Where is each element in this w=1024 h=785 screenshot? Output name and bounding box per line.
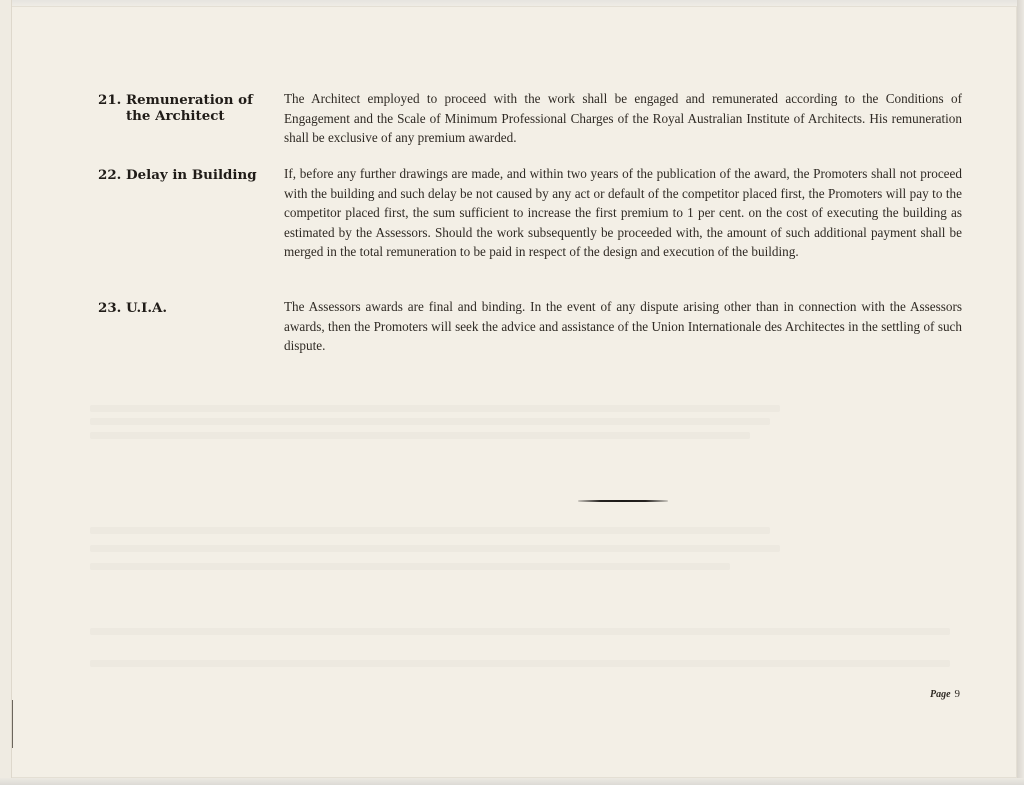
- section-body: If, before any further drawings are made…: [284, 164, 962, 262]
- binding-mark: [12, 700, 13, 748]
- section-heading: 21.Remuneration of the Architect: [98, 92, 268, 124]
- section-number: 23.: [98, 300, 126, 316]
- section-heading: 23.U.I.A.: [98, 300, 268, 316]
- section-number: 22.: [98, 167, 126, 183]
- section-title-continued: the Architect: [98, 108, 268, 124]
- scan-right-edge: [1017, 0, 1024, 785]
- section-body: The Architect employed to proceed with t…: [284, 89, 962, 148]
- page-number: Page9: [930, 688, 960, 700]
- page-label: Page: [930, 689, 951, 700]
- section-heading: 22.Delay in Building: [98, 167, 268, 183]
- page-binding-edge: [0, 0, 12, 785]
- section-number: 21.: [98, 92, 126, 108]
- section-title: Delay in Building: [126, 167, 257, 183]
- section-title: Remuneration of: [126, 92, 253, 108]
- section-body: The Assessors awards are final and bindi…: [284, 297, 962, 356]
- page-number-value: 9: [955, 688, 961, 700]
- end-divider-rule: [578, 500, 668, 502]
- scan-bottom-edge: [0, 778, 1024, 785]
- section-title: U.I.A.: [126, 300, 167, 316]
